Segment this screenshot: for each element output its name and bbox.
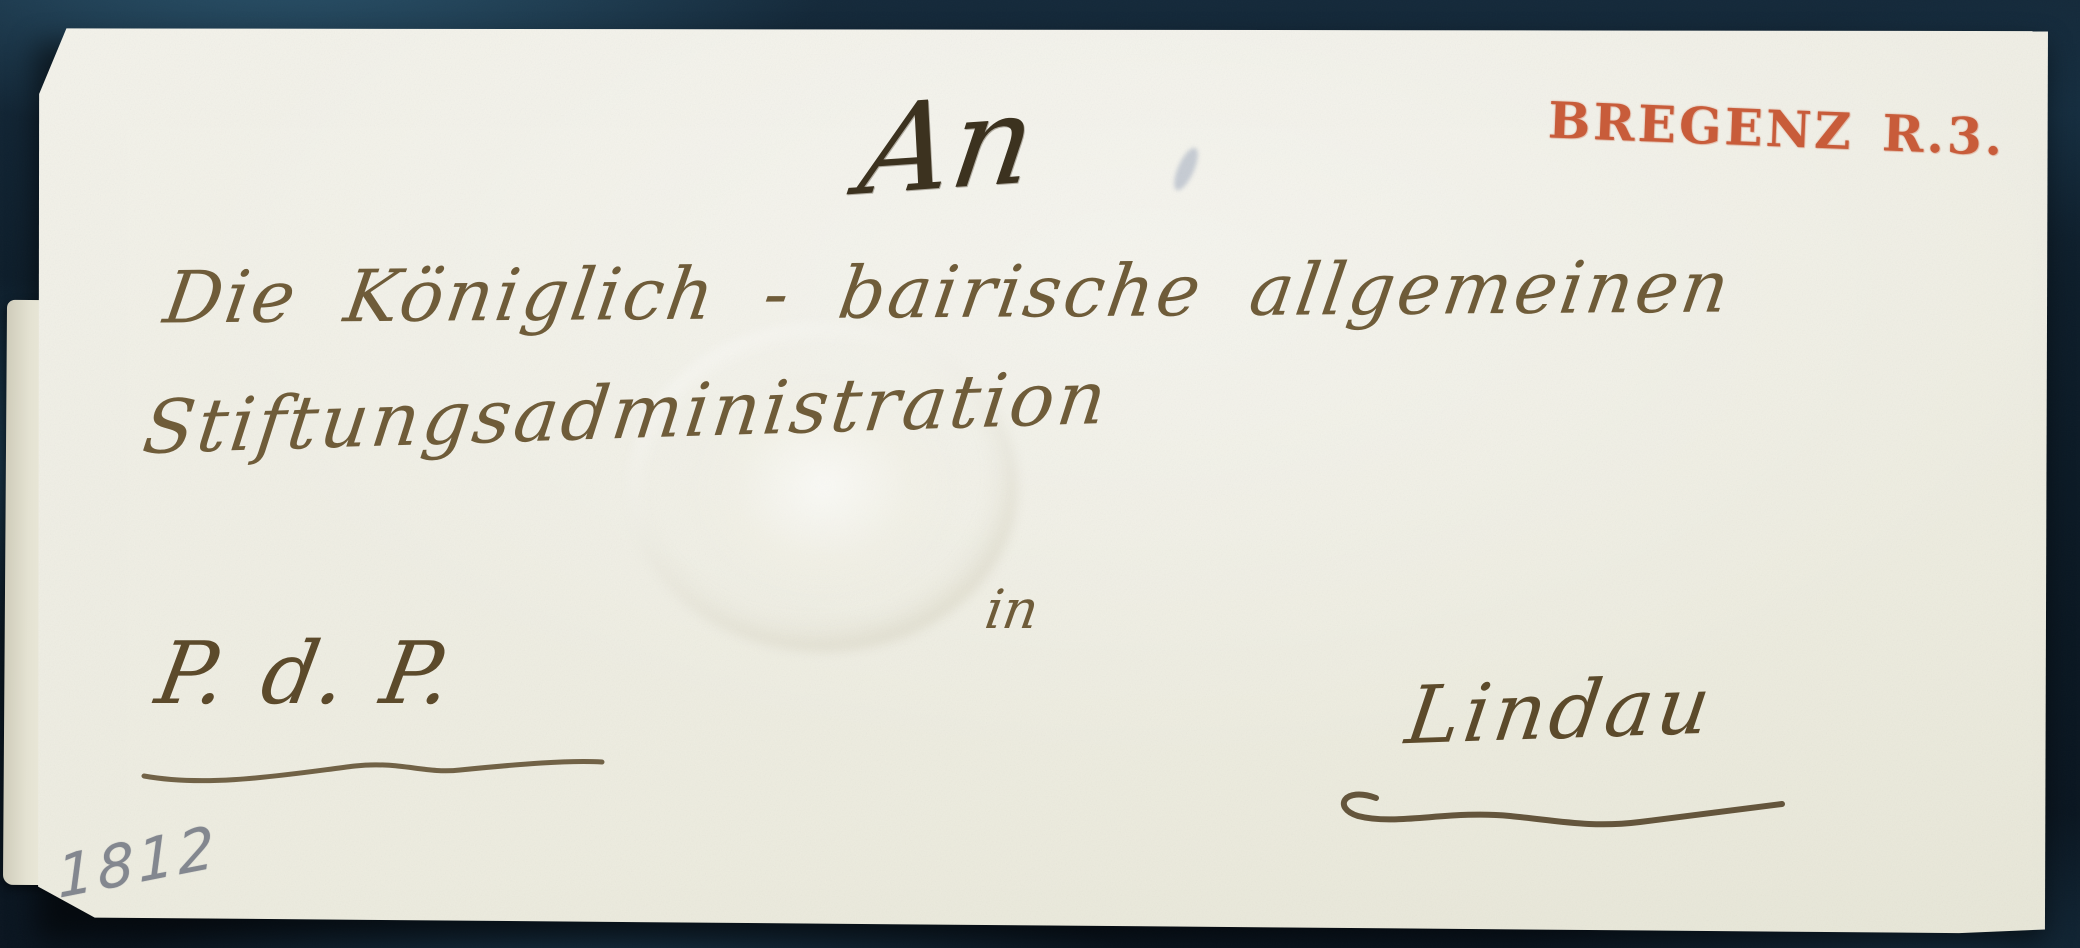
postmark-stamp: BREGENZ R.3. (1547, 90, 2049, 168)
salutation-an: An (852, 68, 1044, 223)
address-preposition-in: in (981, 578, 1043, 641)
postal-notation-pdp: P. d. P. (149, 624, 459, 724)
destination-underline-flourish (1330, 764, 1800, 844)
folded-letter-cover: BREGENZ R.3. An Die Königlich - bairisch… (28, 22, 2050, 934)
photo-background: BREGENZ R.3. An Die Königlich - bairisch… (0, 0, 2080, 948)
ink-smudge-mark (1169, 145, 1202, 194)
pencil-year-annotation: 1812 (56, 812, 220, 912)
notation-underline-flourish (140, 734, 610, 794)
destination-lindau: Lindau (1401, 659, 1721, 763)
address-line-1: Die Königlich - bairische allgemeinen (159, 245, 1738, 340)
